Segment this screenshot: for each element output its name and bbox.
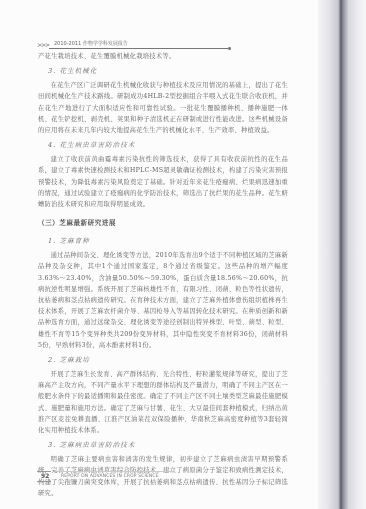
document-page: >>> 2010-2011 作物学学科发展报告 产花生栽培技术、花生覆膜机械化栽… bbox=[0, 0, 340, 509]
page-number-rule-bottom bbox=[37, 481, 51, 482]
body-text: 产花生栽培技术、花生覆膜机械化栽培技术等。3. 花生机械化在花生产区广泛调研花生… bbox=[38, 51, 288, 499]
subheading: 1. 芝麻育种 bbox=[48, 234, 288, 248]
paragraph: 建立了收获前黄曲霉毒素污染抗性的筛选技术，获得了具有收获前抗性的花生品系，建立了… bbox=[38, 154, 288, 210]
running-title: 2010-2011 作物学学科发展报告 bbox=[54, 40, 128, 47]
paragraph: 产花生栽培技术、花生覆膜机械化栽培技术等。 bbox=[38, 51, 288, 62]
running-header: >>> 2010-2011 作物学学科发展报告 bbox=[37, 40, 193, 50]
subheading: 4. 花生病虫草害防治技术 bbox=[48, 138, 288, 152]
section-heading: （三）芝麻最新研究进展 bbox=[38, 216, 288, 230]
header-rule bbox=[49, 48, 229, 49]
paragraph: 通过品种间杂交、理化诱变等方法，2010年选育出9个适于不同种植区域的芝麻新品种… bbox=[38, 250, 288, 351]
paragraph: 开展了芝麻生长发育、高产群体结构、光合特性、籽粒灌浆规律等研究，提出了芝麻高产主… bbox=[38, 369, 288, 436]
header-rule-end-dot bbox=[228, 47, 231, 50]
header-marker-icon: >>> bbox=[37, 42, 49, 49]
subheading: 3. 芝麻病虫草害防治技术 bbox=[48, 438, 288, 452]
book-spine-shadow bbox=[318, 0, 366, 509]
subheading: 2. 芝麻栽培 bbox=[48, 353, 288, 367]
page-footer: 92 REPORT ON ADVANCES IN CROP SCIENCE bbox=[37, 473, 177, 493]
page-number-rule-top bbox=[37, 471, 51, 472]
footer-book-title: REPORT ON ADVANCES IN CROP SCIENCE bbox=[61, 474, 159, 479]
subheading: 3. 花生机械化 bbox=[48, 64, 288, 78]
footer-rule bbox=[55, 471, 175, 472]
paragraph: 在花生产区广泛调研花生机械化收获与种植技术及应用情况的基础上，提出了花生田间机械… bbox=[38, 80, 288, 136]
page-number: 92 bbox=[41, 473, 49, 480]
